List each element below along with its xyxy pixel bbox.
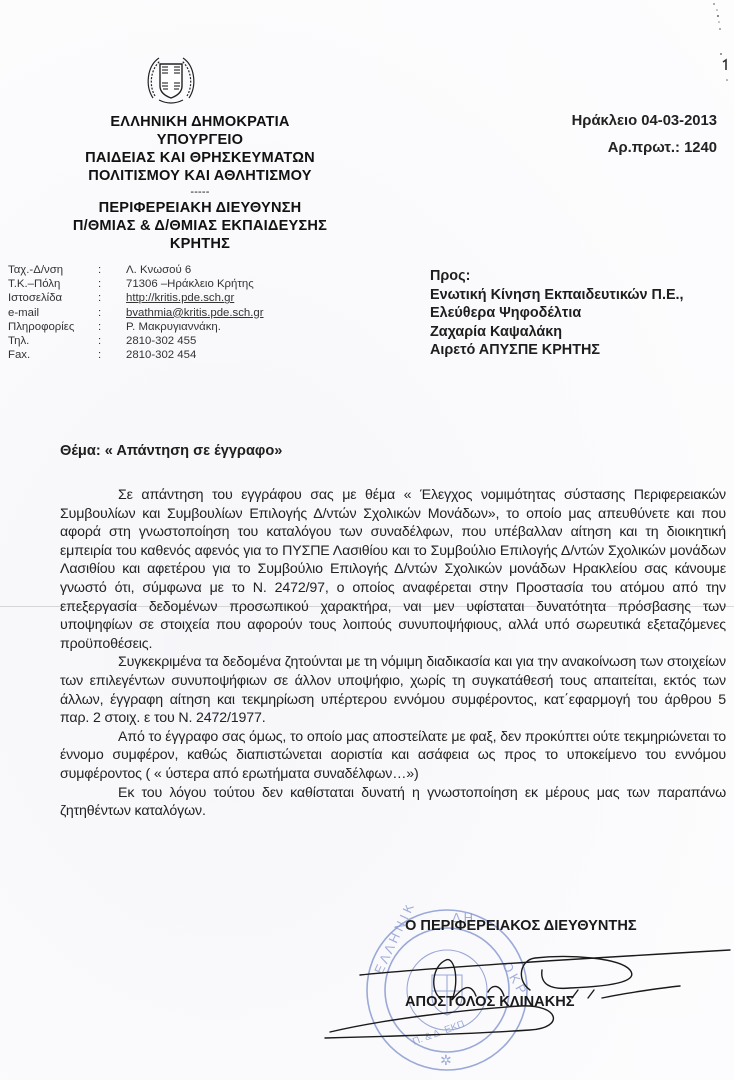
issuer-line: ΥΠΟΥΡΓΕΙΟ xyxy=(60,131,340,149)
contact-info: Ταχ.-Δ/νση : Λ. Κνωσού 6 Τ.Κ.–Πόλη : 713… xyxy=(8,263,264,362)
subject-line: Θέμα: « Απάντηση σε έγγραφο» xyxy=(60,443,282,459)
contact-label: Fax. xyxy=(8,348,98,362)
contact-separator: : xyxy=(98,320,126,334)
body-paragraph: Εκ του λόγου τούτου δεν καθίσταται δυνατ… xyxy=(60,784,726,821)
contact-separator: : xyxy=(98,291,126,305)
date-protocol-block: Ηράκλειο 04-03-2013 Αρ.πρωτ.: 1240 xyxy=(572,108,717,162)
letter-page: ΕΛΛΗΝΙΚΗ ΔΗΜΟΚΡΑΤΙΑ ΥΠΟΥΡΓΕΙΟ ΠΑΙΔΕΙΑΣ Κ… xyxy=(0,0,734,1080)
email-link[interactable]: bvathmia@kritis.pde.sch.gr xyxy=(126,307,264,319)
recipient-line: Ενωτική Κίνηση Εκπαιδευτικών Π.Ε., xyxy=(430,286,684,305)
contact-value: 2810-302 455 xyxy=(126,334,196,348)
signatory-title: Ο ΠΕΡΙΦΕΡΕΙΑΚΟΣ ΔΙΕΥΘΥΝΤΗΣ xyxy=(405,918,637,934)
signatory-name: ΑΠΟΣΤΟΛΟΣ ΚΛΙΝΑΚΗΣ xyxy=(405,994,575,1010)
issuer-subline: Π/ΘΜΙΑΣ & Δ/ΘΜΙΑΣ ΕΚΠΑΙΔΕΥΣΗΣ xyxy=(60,217,340,235)
website-link[interactable]: http://kritis.pde.sch.gr xyxy=(126,292,234,304)
recipient-line: Αιρετό ΑΠΥΣΠΕ ΚΡΗΤΗΣ xyxy=(430,341,684,360)
greek-coat-of-arms-icon xyxy=(145,52,197,108)
recipients-heading: Προς: xyxy=(430,267,684,286)
contact-label: Τηλ. xyxy=(8,334,98,348)
body-paragraph: Συγκεκριμένα τα δεδομένα ζητούνται με τη… xyxy=(60,653,726,727)
contact-row: Πληροφορίες : Ρ. Μακρυγιαννάκη. xyxy=(8,320,264,334)
contact-value: Λ. Κνωσού 6 xyxy=(126,263,191,277)
issuer-line: ΠΑΙΔΕΙΑΣ ΚΑΙ ΘΡΗΣΚΕΥΜΑΤΩΝ xyxy=(60,149,340,167)
issuer-line: ΠΟΛΙΤΙΣΜΟΥ ΚΑΙ ΑΘΛΗΤΙΣΜΟΥ xyxy=(60,167,340,185)
issuer-header: ΕΛΛΗΝΙΚΗ ΔΗΜΟΚΡΑΤΙΑ ΥΠΟΥΡΓΕΙΟ ΠΑΙΔΕΙΑΣ Κ… xyxy=(60,113,340,253)
contact-value: Ρ. Μακρυγιαννάκη. xyxy=(126,320,221,334)
handwritten-mark-icon xyxy=(690,0,734,90)
contact-separator: : xyxy=(98,348,126,362)
contact-separator: : xyxy=(98,263,126,277)
date-line: Ηράκλειο 04-03-2013 xyxy=(572,108,717,135)
body-paragraph: Σε απάντηση του εγγράφου σας με θέμα « Έ… xyxy=(60,486,726,653)
issuer-subline: ΠΕΡΙΦΕΡΕΙΑΚΗ ΔΙΕΥΘΥΝΣΗ xyxy=(60,199,340,217)
contact-row: e-mail : bvathmia@kritis.pde.sch.gr xyxy=(8,306,264,320)
contact-label: Τ.Κ.–Πόλη xyxy=(8,277,98,291)
issuer-line: ΕΛΛΗΝΙΚΗ ΔΗΜΟΚΡΑΤΙΑ xyxy=(60,113,340,131)
contact-row: Ιστοσελίδα : http://kritis.pde.sch.gr xyxy=(8,291,264,305)
issuer-subline: ΚΡΗΤΗΣ xyxy=(60,235,340,253)
contact-row: Fax. : 2810-302 454 xyxy=(8,348,264,362)
header-separator: ----- xyxy=(60,185,340,199)
contact-separator: : xyxy=(98,277,126,291)
contact-separator: : xyxy=(98,306,126,320)
contact-label: Ιστοσελίδα xyxy=(8,291,98,305)
contact-row: Τ.Κ.–Πόλη : 71306 –Ηράκλειο Κρήτης xyxy=(8,277,264,291)
contact-label: e-mail xyxy=(8,306,98,320)
recipients-block: Προς: Ενωτική Κίνηση Εκπαιδευτικών Π.Ε.,… xyxy=(430,267,684,360)
contact-row: Τηλ. : 2810-302 455 xyxy=(8,334,264,348)
contact-separator: : xyxy=(98,334,126,348)
contact-value: 2810-302 454 xyxy=(126,348,196,362)
body-paragraph: Από το έγγραφο σας όμως, το οποίο μας απ… xyxy=(60,728,726,784)
recipient-line: Ελεύθερα Ψηφοδέλτια xyxy=(430,304,684,323)
protocol-number: Αρ.πρωτ.: 1240 xyxy=(572,135,717,162)
contact-value: 71306 –Ηράκλειο Κρήτης xyxy=(126,277,254,291)
contact-label: Πληροφορίες xyxy=(8,320,98,334)
letter-body: Σε απάντηση του εγγράφου σας με θέμα « Έ… xyxy=(60,486,726,821)
recipient-line: Ζαχαρία Καψαλάκη xyxy=(430,323,684,342)
contact-label: Ταχ.-Δ/νση xyxy=(8,263,98,277)
contact-row: Ταχ.-Δ/νση : Λ. Κνωσού 6 xyxy=(8,263,264,277)
